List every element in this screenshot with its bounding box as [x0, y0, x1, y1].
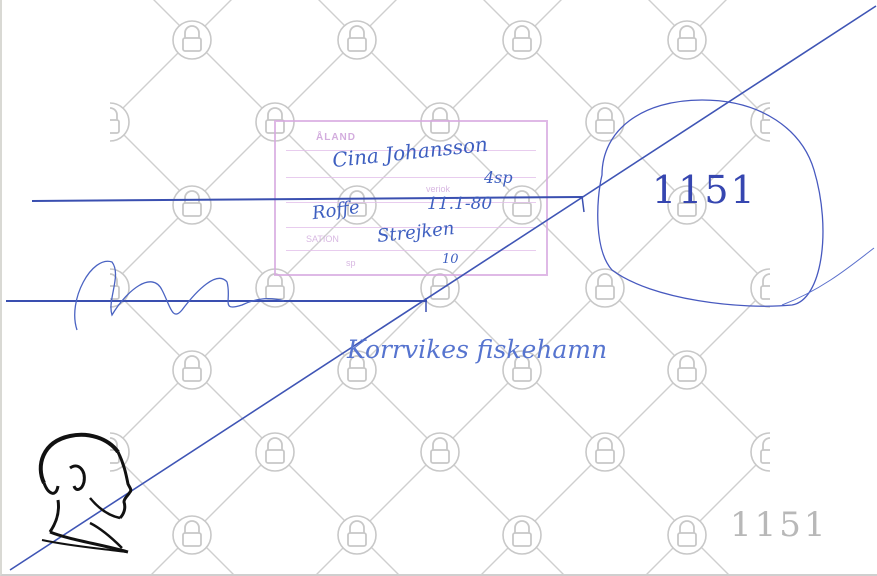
handwritten-small-number: 10	[442, 252, 459, 267]
signature-scrawl	[75, 261, 284, 330]
profile-portrait-icon	[30, 428, 134, 554]
document-page: ÅLAND veriok SATION sp Cina Johansson 4s…	[0, 0, 877, 576]
handwritten-date: 11.1-80	[427, 194, 492, 214]
circled-number: 1151	[652, 168, 757, 212]
handwritten-location: Korrvikes fiskehamn	[347, 335, 607, 364]
handwritten-note: 4sp	[484, 168, 513, 187]
pencil-corner-number: 1151	[730, 505, 829, 545]
